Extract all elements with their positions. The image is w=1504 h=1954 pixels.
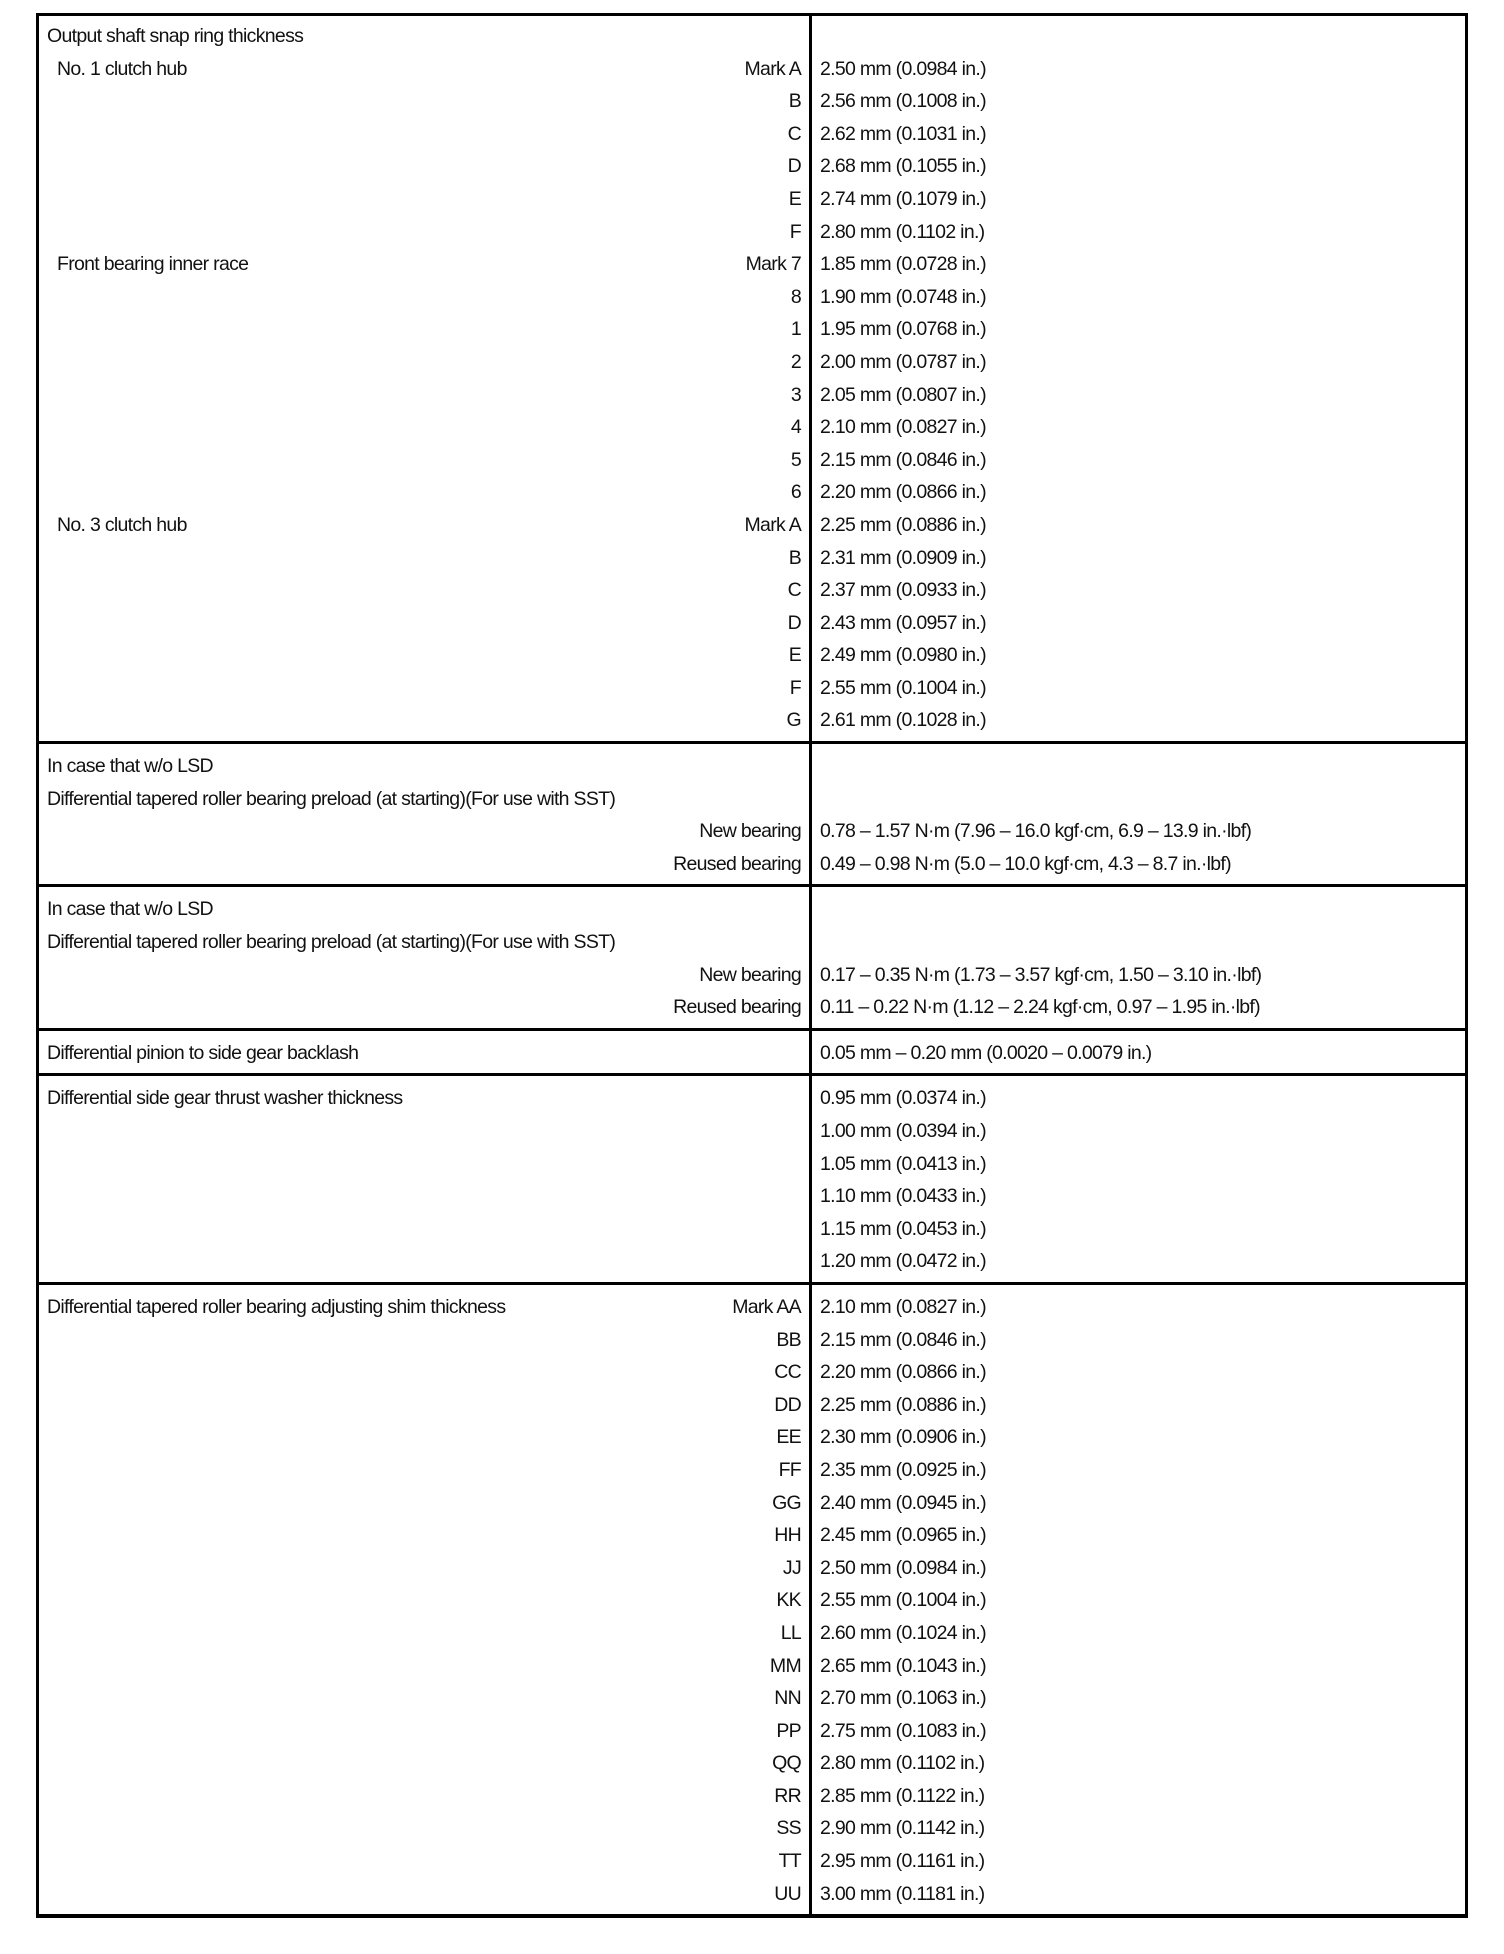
spec-value: 1.95 mm (0.0768 in.): [820, 313, 1457, 346]
spec-row-label: PP: [47, 1715, 801, 1748]
spec-value: 2.31 mm (0.0909 in.): [820, 542, 1457, 575]
spec-row-label: UU: [47, 1878, 801, 1911]
spec-row-label: [47, 1115, 801, 1148]
spec-label-column: In case that w/o LSDDifferential tapered…: [39, 887, 812, 1027]
item-label: Differential pinion to side gear backlas…: [47, 1037, 358, 1070]
spec-row-label: 2: [47, 346, 801, 379]
item-label: Differential side gear thrust washer thi…: [47, 1082, 402, 1115]
spec-value: 2.10 mm (0.0827 in.): [820, 1291, 1457, 1324]
mark-label: C: [788, 574, 801, 607]
spec-row-label: HH: [47, 1519, 801, 1552]
spec-row-label: B: [47, 542, 801, 575]
spec-row-label: Reused bearing: [47, 848, 801, 881]
spec-value: 2.15 mm (0.0846 in.): [820, 1324, 1457, 1357]
spec-row-label: E: [47, 183, 801, 216]
spec-value: 0.11 – 0.22 N·m (1.12 – 2.24 kgf·cm, 0.9…: [820, 991, 1457, 1024]
item-label: Output shaft snap ring thickness: [47, 20, 303, 53]
spec-value-column: 0.78 – 1.57 N·m (7.96 – 16.0 kgf·cm, 6.9…: [812, 744, 1465, 884]
spec-row-label: 5: [47, 444, 801, 477]
spec-value-column: 2.10 mm (0.0827 in.)2.15 mm (0.0846 in.)…: [812, 1285, 1465, 1914]
mark-label: F: [790, 672, 801, 705]
mark-label: D: [788, 607, 801, 640]
spec-row-label: D: [47, 150, 801, 183]
item-label: Front bearing inner race: [47, 248, 248, 281]
spec-label-column: Differential pinion to side gear backlas…: [39, 1031, 812, 1074]
spec-value: 2.55 mm (0.1004 in.): [820, 1584, 1457, 1617]
spec-value-column: 2.50 mm (0.0984 in.)2.56 mm (0.1008 in.)…: [812, 16, 1465, 741]
mark-label: E: [789, 639, 801, 672]
spec-value: 2.74 mm (0.1079 in.): [820, 183, 1457, 216]
spec-value: 2.40 mm (0.0945 in.): [820, 1487, 1457, 1520]
spec-label-column: Differential tapered roller bearing adju…: [39, 1285, 812, 1914]
mark-label: BB: [776, 1324, 801, 1357]
spec-row-label: MM: [47, 1650, 801, 1683]
spec-row-label: JJ: [47, 1552, 801, 1585]
spec-value: 2.20 mm (0.0866 in.): [820, 1356, 1457, 1389]
spec-row-label: DD: [47, 1389, 801, 1422]
mark-label: C: [788, 118, 801, 151]
spec-row-label: In case that w/o LSD: [47, 893, 801, 926]
spec-value: 2.45 mm (0.0965 in.): [820, 1519, 1457, 1552]
spec-value: 2.61 mm (0.1028 in.): [820, 704, 1457, 737]
spec-row-label: LL: [47, 1617, 801, 1650]
item-label: No. 3 clutch hub: [47, 509, 187, 542]
mark-label: QQ: [772, 1747, 801, 1780]
mark-label: 2: [791, 346, 801, 379]
spec-label-column: In case that w/o LSDDifferential tapered…: [39, 744, 812, 884]
spec-section-preload-wo-lsd-1: In case that w/o LSDDifferential tapered…: [39, 741, 1465, 884]
spec-row-label: [47, 1213, 801, 1246]
spec-value: 2.62 mm (0.1031 in.): [820, 118, 1457, 151]
mark-label: 6: [791, 476, 801, 509]
spec-row-label: Differential tapered roller bearing prel…: [47, 783, 801, 816]
spec-row-label: 6: [47, 476, 801, 509]
spec-value: 2.37 mm (0.0933 in.): [820, 574, 1457, 607]
spec-value: 2.80 mm (0.1102 in.): [820, 216, 1457, 249]
spec-row-label: G: [47, 704, 801, 737]
item-label: No. 1 clutch hub: [47, 53, 187, 86]
spec-value: 1.15 mm (0.0453 in.): [820, 1213, 1457, 1246]
mark-label: UU: [774, 1878, 801, 1911]
mark-label: JJ: [783, 1552, 801, 1585]
spec-row-label: 4: [47, 411, 801, 444]
spec-row-label: 3: [47, 379, 801, 412]
item-label: Differential tapered roller bearing prel…: [47, 926, 615, 959]
spec-row-label: SS: [47, 1812, 801, 1845]
spec-row-label: [47, 1148, 801, 1181]
mark-label: LL: [781, 1617, 801, 1650]
spec-section-preload-wo-lsd-2: In case that w/o LSDDifferential tapered…: [39, 884, 1465, 1027]
spec-value: [820, 783, 1457, 816]
spec-value: 0.95 mm (0.0374 in.): [820, 1082, 1457, 1115]
spec-value: [820, 893, 1457, 926]
mark-label: 8: [791, 281, 801, 314]
spec-value: 0.78 – 1.57 N·m (7.96 – 16.0 kgf·cm, 6.9…: [820, 815, 1457, 848]
spec-value: 0.49 – 0.98 N·m (5.0 – 10.0 kgf·cm, 4.3 …: [820, 848, 1457, 881]
spec-value: 2.85 mm (0.1122 in.): [820, 1780, 1457, 1813]
mark-label: FF: [779, 1454, 801, 1487]
spec-section-output-shaft-snap-ring: Output shaft snap ring thicknessNo. 1 cl…: [39, 16, 1465, 741]
spec-row-label: CC: [47, 1356, 801, 1389]
mark-label: PP: [776, 1715, 801, 1748]
spec-row-label: RR: [47, 1780, 801, 1813]
mark-label: Reused bearing: [673, 991, 801, 1024]
spec-label-column: Differential side gear thrust washer thi…: [39, 1076, 812, 1282]
spec-value: 2.25 mm (0.0886 in.): [820, 509, 1457, 542]
spec-row-label: In case that w/o LSD: [47, 750, 801, 783]
mark-label: RR: [774, 1780, 801, 1813]
spec-value: 1.10 mm (0.0433 in.): [820, 1180, 1457, 1213]
spec-row-label: New bearing: [47, 959, 801, 992]
spec-value: 3.00 mm (0.1181 in.): [820, 1878, 1457, 1911]
mark-label: New bearing: [699, 815, 801, 848]
spec-value: 2.43 mm (0.0957 in.): [820, 607, 1457, 640]
spec-value: 2.80 mm (0.1102 in.): [820, 1747, 1457, 1780]
spec-value-column: 0.05 mm – 0.20 mm (0.0020 – 0.0079 in.): [812, 1031, 1465, 1074]
spec-row-label: Differential pinion to side gear backlas…: [47, 1037, 801, 1070]
mark-label: SS: [776, 1812, 801, 1845]
spec-value: 2.68 mm (0.1055 in.): [820, 150, 1457, 183]
spec-row-label: C: [47, 118, 801, 151]
spec-value: 2.90 mm (0.1142 in.): [820, 1812, 1457, 1845]
spec-value: 1.00 mm (0.0394 in.): [820, 1115, 1457, 1148]
mark-label: HH: [774, 1519, 801, 1552]
mark-label: D: [788, 150, 801, 183]
spec-row-label: E: [47, 639, 801, 672]
spec-row-label: 1: [47, 313, 801, 346]
mark-label: 5: [791, 444, 801, 477]
spec-value: [820, 926, 1457, 959]
mark-label: E: [789, 183, 801, 216]
spec-value: 1.90 mm (0.0748 in.): [820, 281, 1457, 314]
spec-row-label: Differential tapered roller bearing prel…: [47, 926, 801, 959]
spec-row-label: No. 1 clutch hubMark A: [47, 53, 801, 86]
spec-row-label: New bearing: [47, 815, 801, 848]
spec-row-label: EE: [47, 1421, 801, 1454]
spec-row-label: D: [47, 607, 801, 640]
mark-label: Mark AA: [732, 1291, 801, 1324]
mark-label: 4: [791, 411, 801, 444]
mark-label: Reused bearing: [673, 848, 801, 881]
mark-label: KK: [776, 1584, 801, 1617]
spec-value: 0.05 mm – 0.20 mm (0.0020 – 0.0079 in.): [820, 1037, 1457, 1070]
mark-label: B: [789, 85, 801, 118]
item-label: In case that w/o LSD: [47, 893, 213, 926]
spec-row-label: Differential tapered roller bearing adju…: [47, 1291, 801, 1324]
mark-label: DD: [774, 1389, 801, 1422]
mark-label: NN: [774, 1682, 801, 1715]
spec-row-label: FF: [47, 1454, 801, 1487]
spec-value: 2.35 mm (0.0925 in.): [820, 1454, 1457, 1487]
mark-label: 3: [791, 379, 801, 412]
spec-row-label: QQ: [47, 1747, 801, 1780]
spec-section-thrust-washer: Differential side gear thrust washer thi…: [39, 1073, 1465, 1282]
spec-value: [820, 750, 1457, 783]
mark-label: Mark A: [745, 509, 801, 542]
spec-value: 2.15 mm (0.0846 in.): [820, 444, 1457, 477]
spec-label-column: Output shaft snap ring thicknessNo. 1 cl…: [39, 16, 812, 741]
mark-label: TT: [779, 1845, 801, 1878]
mark-label: 1: [791, 313, 801, 346]
spec-row-label: 8: [47, 281, 801, 314]
mark-label: Mark A: [745, 53, 801, 86]
spec-value: [820, 20, 1457, 53]
item-label: In case that w/o LSD: [47, 750, 213, 783]
spec-value: 2.20 mm (0.0866 in.): [820, 476, 1457, 509]
spec-row-label: [47, 1180, 801, 1213]
mark-label: Mark 7: [746, 248, 801, 281]
spec-value-column: 0.17 – 0.35 N·m (1.73 – 3.57 kgf·cm, 1.5…: [812, 887, 1465, 1027]
spec-value: 2.60 mm (0.1024 in.): [820, 1617, 1457, 1650]
spec-value-column: 0.95 mm (0.0374 in.)1.00 mm (0.0394 in.)…: [812, 1076, 1465, 1282]
spec-value: 2.10 mm (0.0827 in.): [820, 411, 1457, 444]
spec-row-label: TT: [47, 1845, 801, 1878]
mark-label: CC: [774, 1356, 801, 1389]
spec-row-label: [47, 1245, 801, 1278]
spec-row-label: Front bearing inner raceMark 7: [47, 248, 801, 281]
spec-value: 2.75 mm (0.1083 in.): [820, 1715, 1457, 1748]
spec-row-label: F: [47, 672, 801, 705]
item-label: Differential tapered roller bearing adju…: [47, 1291, 505, 1324]
spec-value: 2.00 mm (0.0787 in.): [820, 346, 1457, 379]
item-label: Differential tapered roller bearing prel…: [47, 783, 615, 816]
spec-value: 2.50 mm (0.0984 in.): [820, 53, 1457, 86]
mark-label: B: [789, 542, 801, 575]
spec-value: 2.05 mm (0.0807 in.): [820, 379, 1457, 412]
spec-row-label: GG: [47, 1487, 801, 1520]
spec-value: 1.05 mm (0.0413 in.): [820, 1148, 1457, 1181]
spec-row-label: F: [47, 216, 801, 249]
spec-value: 2.25 mm (0.0886 in.): [820, 1389, 1457, 1422]
spec-value: 0.17 – 0.35 N·m (1.73 – 3.57 kgf·cm, 1.5…: [820, 959, 1457, 992]
mark-label: New bearing: [699, 959, 801, 992]
spec-row-label: Differential side gear thrust washer thi…: [47, 1082, 801, 1115]
spec-value: 2.50 mm (0.0984 in.): [820, 1552, 1457, 1585]
spec-value: 2.55 mm (0.1004 in.): [820, 672, 1457, 705]
spec-row-label: No. 3 clutch hubMark A: [47, 509, 801, 542]
spec-row-label: B: [47, 85, 801, 118]
mark-label: GG: [772, 1487, 801, 1520]
spec-value: 2.70 mm (0.1063 in.): [820, 1682, 1457, 1715]
mark-label: G: [787, 704, 801, 737]
specification-table: Output shaft snap ring thicknessNo. 1 cl…: [36, 13, 1468, 1918]
spec-section-adjusting-shim: Differential tapered roller bearing adju…: [39, 1282, 1465, 1914]
spec-row-label: NN: [47, 1682, 801, 1715]
mark-label: MM: [770, 1650, 801, 1683]
spec-row-label: Output shaft snap ring thickness: [47, 20, 801, 53]
spec-row-label: BB: [47, 1324, 801, 1357]
spec-value: 2.65 mm (0.1043 in.): [820, 1650, 1457, 1683]
spec-value: 2.56 mm (0.1008 in.): [820, 85, 1457, 118]
spec-value: 1.85 mm (0.0728 in.): [820, 248, 1457, 281]
spec-value: 2.30 mm (0.0906 in.): [820, 1421, 1457, 1454]
mark-label: EE: [776, 1421, 801, 1454]
spec-section-pinion-backlash: Differential pinion to side gear backlas…: [39, 1028, 1465, 1074]
spec-row-label: KK: [47, 1584, 801, 1617]
spec-value: 1.20 mm (0.0472 in.): [820, 1245, 1457, 1278]
mark-label: F: [790, 216, 801, 249]
spec-value: 2.49 mm (0.0980 in.): [820, 639, 1457, 672]
spec-row-label: Reused bearing: [47, 991, 801, 1024]
spec-row-label: C: [47, 574, 801, 607]
spec-value: 2.95 mm (0.1161 in.): [820, 1845, 1457, 1878]
